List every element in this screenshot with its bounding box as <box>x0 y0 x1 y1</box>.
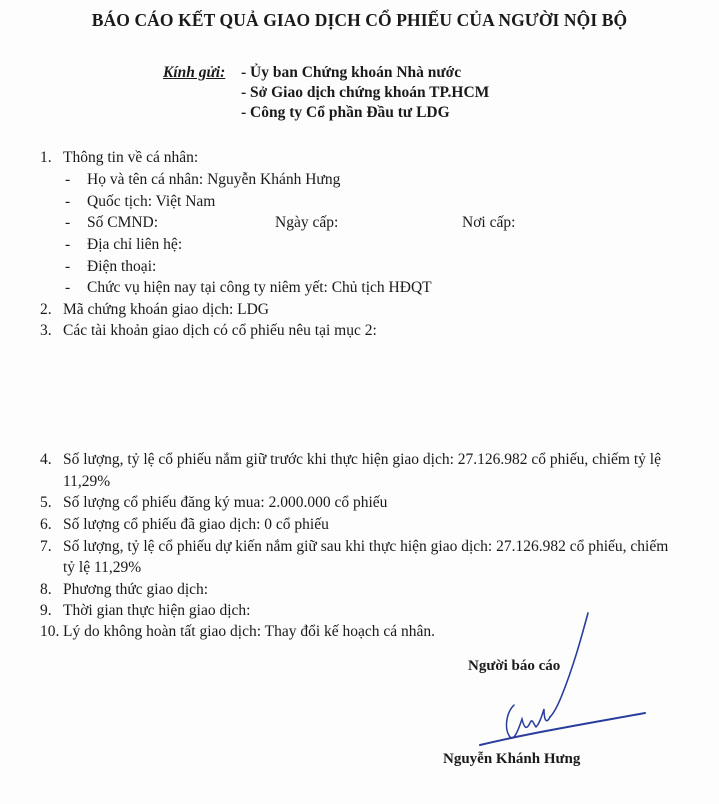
field-nationality: - Quốc tịch: Việt Nam <box>65 192 215 212</box>
recipient-item: - Công ty Cổ phần Đầu tư LDG <box>241 103 489 123</box>
bullet-dash: - <box>65 170 70 190</box>
section-text: Số lượng cổ phiếu đã giao dịch: 0 cổ phi… <box>63 516 329 533</box>
section-number: 1. <box>40 148 52 168</box>
field-text: Quốc tịch: Việt Nam <box>87 193 215 210</box>
bullet-dash: - <box>65 278 70 298</box>
section-number: 3. <box>40 321 52 341</box>
field-address: - Địa chỉ liên hệ: <box>65 235 182 255</box>
section-2: 2. Mã chứng khoán giao dịch: LDG <box>40 300 269 320</box>
section-text: Số lượng cổ phiếu đăng ký mua: 2.000.000… <box>63 494 387 511</box>
section-text: Thời gian thực hiện giao dịch: <box>63 602 250 619</box>
section-number: 7. <box>40 537 52 557</box>
bullet-dash: - <box>65 213 70 233</box>
section-5: 5. Số lượng cổ phiếu đăng ký mua: 2.000.… <box>40 493 387 513</box>
section-number: 9. <box>40 601 52 621</box>
field-position: - Chức vụ hiện nay tại công ty niêm yết:… <box>65 278 432 298</box>
field-id-number: Số CMND: <box>87 213 158 233</box>
section-number: 4. <box>40 450 52 470</box>
section-7: 7. Số lượng, tỷ lệ cổ phiếu dự kiến nắm … <box>40 537 668 557</box>
field-phone: - Điện thoại: <box>65 257 156 277</box>
field-issue-place: Nơi cấp: <box>462 213 515 233</box>
section-4-continuation: 11,29% <box>63 472 110 492</box>
bullet-dash: - <box>65 257 70 277</box>
field-text: Chức vụ hiện nay tại công ty niêm yết: C… <box>87 279 432 296</box>
section-1: 1. Thông tin về cá nhân: <box>40 148 198 168</box>
section-text: Các tài khoản giao dịch có cổ phiếu nêu … <box>63 322 377 339</box>
section-text: Lý do không hoàn tất giao dịch: Thay đổi… <box>63 623 435 640</box>
field-full-name: - Họ và tên cá nhân: Nguyễn Khánh Hưng <box>65 170 340 190</box>
field-text: Họ và tên cá nhân: Nguyễn Khánh Hưng <box>87 171 340 188</box>
section-number: 6. <box>40 515 52 535</box>
signature-name: Nguyễn Khánh Hưng <box>443 751 580 768</box>
section-text: Số lượng, tỷ lệ cổ phiếu dự kiến nắm giữ… <box>63 538 668 555</box>
section-8: 8. Phương thức giao dịch: <box>40 580 208 600</box>
section-4: 4. Số lượng, tỷ lệ cổ phiếu nắm giữ trướ… <box>40 450 661 470</box>
section-text: Số lượng, tỷ lệ cổ phiếu nắm giữ trước k… <box>63 451 661 468</box>
section-7-continuation: tỷ lệ 11,29% <box>63 558 141 578</box>
field-text: Điện thoại: <box>87 258 156 275</box>
section-3: 3. Các tài khoản giao dịch có cổ phiếu n… <box>40 321 377 341</box>
handwritten-signature-icon <box>470 605 650 755</box>
bullet-dash: - <box>65 235 70 255</box>
document-title: BÁO CÁO KẾT QUẢ GIAO DỊCH CỔ PHIẾU CỦA N… <box>0 10 719 31</box>
section-10: 10. Lý do không hoàn tất giao dịch: Thay… <box>40 622 435 642</box>
section-number: 5. <box>40 493 52 513</box>
recipient-item: - Sở Giao dịch chứng khoán TP.HCM <box>241 83 489 103</box>
section-9: 9. Thời gian thực hiện giao dịch: <box>40 601 250 621</box>
recipient-item: - Ủy ban Chứng khoán Nhà nước <box>241 63 489 83</box>
section-6: 6. Số lượng cổ phiếu đã giao dịch: 0 cổ … <box>40 515 329 535</box>
section-number: 10. <box>40 622 59 642</box>
section-text: Thông tin về cá nhân: <box>63 149 198 166</box>
recipients-list: - Ủy ban Chứng khoán Nhà nước - Sở Giao … <box>241 63 489 123</box>
field-issue-date: Ngày cấp: <box>275 213 338 233</box>
recipients-label: Kính gửi: <box>163 63 225 83</box>
bullet-dash: - <box>65 192 70 212</box>
field-text: Địa chỉ liên hệ: <box>87 236 182 253</box>
section-text: Mã chứng khoán giao dịch: LDG <box>63 301 269 318</box>
section-text: Phương thức giao dịch: <box>63 581 208 598</box>
field-id-card: - Số CMND: Ngày cấp: Nơi cấp: <box>65 213 665 233</box>
section-number: 8. <box>40 580 52 600</box>
section-number: 2. <box>40 300 52 320</box>
